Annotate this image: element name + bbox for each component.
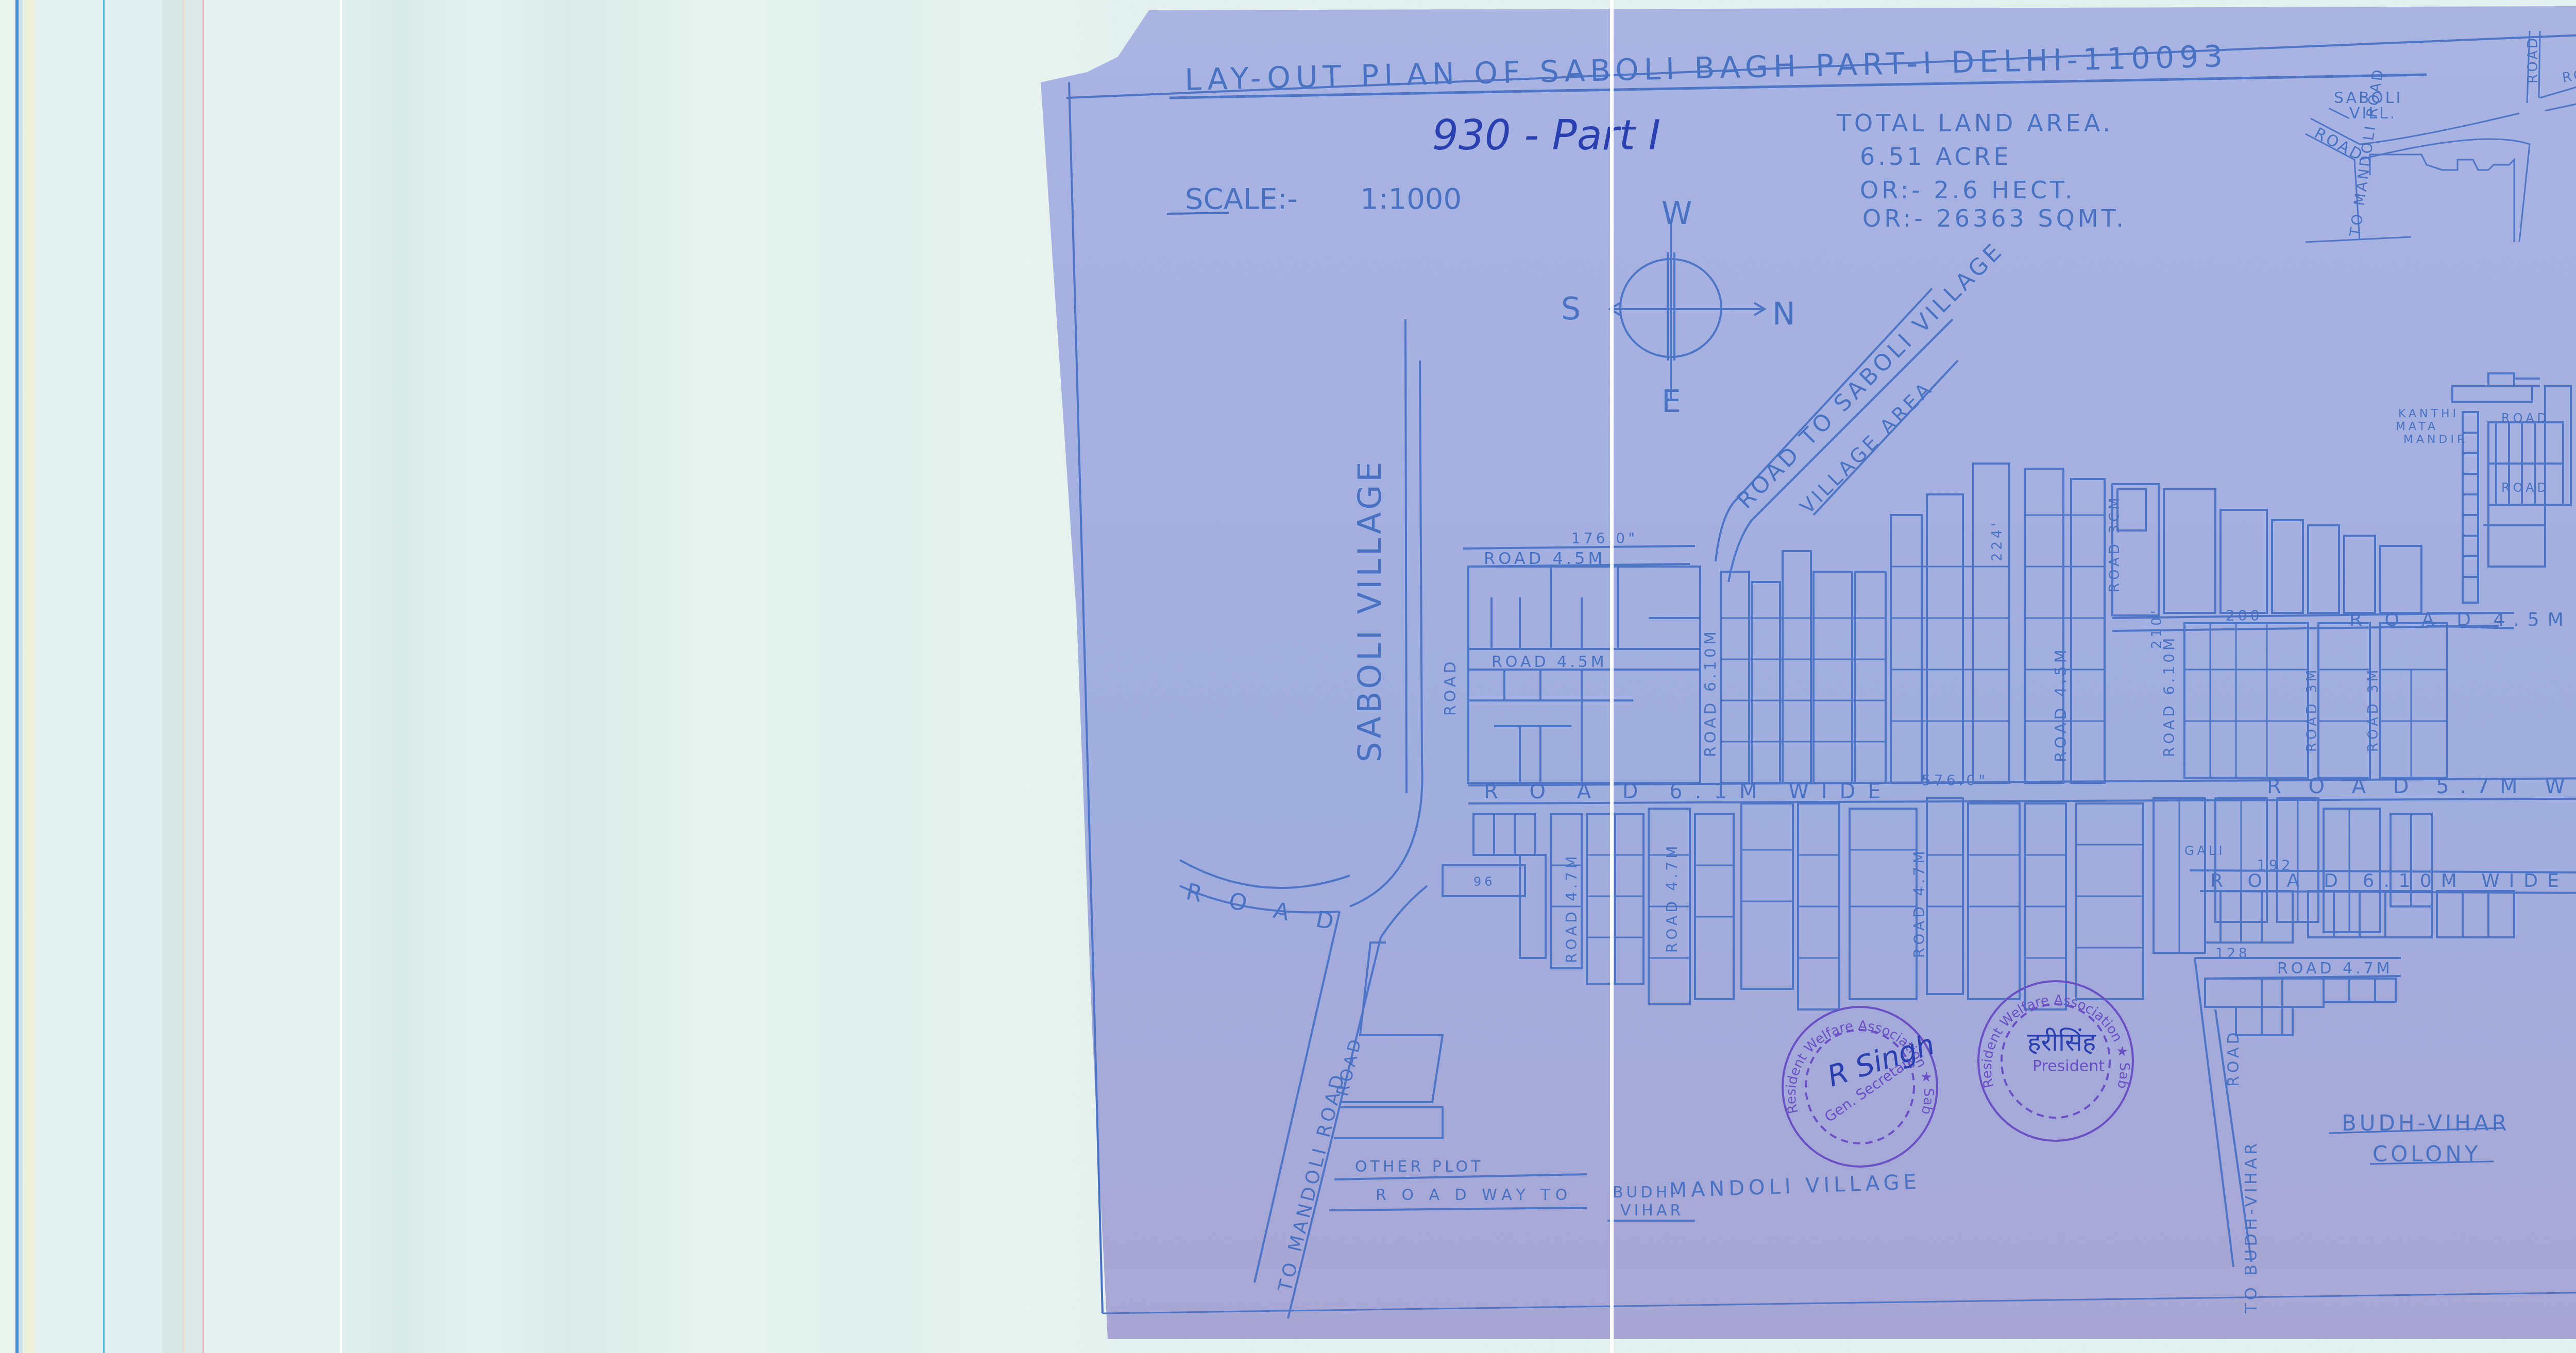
road-45-v: ROAD 4.5M xyxy=(2052,646,2070,762)
road-47-a: ROAD 4.7M xyxy=(1563,853,1580,963)
area-heading: TOTAL LAND AREA. xyxy=(1836,109,2113,137)
president-signature: हरीसिंह xyxy=(2027,1027,2097,1057)
kanthi-label-2: MATA xyxy=(2396,420,2438,433)
road-45-inner: ROAD 4.5M xyxy=(1492,653,1607,671)
road-45-top: ROAD 4.5M xyxy=(1484,549,1605,568)
area-hect: OR:- 2.6 HECT. xyxy=(1860,176,2075,204)
road-3m-b: ROAD 3M xyxy=(2366,667,2381,752)
dim-224: 224' xyxy=(1990,520,2005,561)
other-plot: OTHER PLOT xyxy=(1355,1158,1484,1176)
road-3cm: ROAD 3CM xyxy=(2107,495,2123,592)
compass-e: E xyxy=(1662,384,1681,420)
scale-label: SCALE:- xyxy=(1185,182,1298,216)
scale-value: 1:1000 xyxy=(1360,182,1462,216)
compass-n: N xyxy=(1772,296,1795,332)
road-610-mid: ROAD 6.10M xyxy=(2161,635,2178,757)
scanner-background xyxy=(0,0,1113,1353)
key-road-n: ROAD xyxy=(2526,36,2541,83)
budh-vihar-2: VIHAR xyxy=(1620,1202,1684,1220)
road-3m-a: ROAD 3M xyxy=(2304,667,2320,752)
blueprint-sheet: LAY-OUT PLAN OF SABOLI BAGH PART-I DELHI… xyxy=(1030,0,2576,1353)
road-47-bottom: ROAD 4.7M xyxy=(2277,960,2393,978)
road-bottom-v: ROAD xyxy=(2225,1029,2243,1087)
dim-210: 210' xyxy=(2149,607,2165,649)
road-610-left: ROAD 6.10M xyxy=(1702,628,1720,757)
road-45-right: R O A D 4.5M xyxy=(2349,609,2572,630)
kanthi-label-1: KANTHI xyxy=(2398,407,2459,420)
road-top-right-2: ROAD xyxy=(2501,481,2550,495)
road-main: R O A D 6.1M WIDE xyxy=(1484,780,1893,803)
road-left: ROAD xyxy=(1442,658,1460,716)
dim-192: 192 xyxy=(2257,857,2293,874)
area-acre: 6.51 ACRE xyxy=(1860,143,2012,170)
saboli-village-label: SABOLI VILLAGE xyxy=(1351,459,1388,762)
scan-seam xyxy=(1610,0,1614,1353)
president-role: President xyxy=(2032,1057,2105,1075)
road-top-right-1: ROAD xyxy=(2501,411,2550,425)
handwritten-ref: 930 - Part I xyxy=(1432,111,1660,159)
to-budh-vihar-bottom: TO BUDH-VIHAR xyxy=(2241,1140,2261,1314)
dim-200: 200 xyxy=(2226,607,2262,624)
dim-96: 96 xyxy=(1473,875,1496,889)
road-47-c: ROAD 4.7M xyxy=(1911,848,1928,958)
gali-label: GALI xyxy=(2184,844,2225,858)
dim-176: 176.0" xyxy=(1571,530,1638,547)
road-57: R O A D 5.7M WIDE xyxy=(2267,775,2576,798)
road-way: R O A D WAY TO xyxy=(1376,1186,1572,1204)
compass-s: S xyxy=(1561,291,1581,327)
compass-w: W xyxy=(1662,196,1692,232)
area-sqmt: OR:- 26363 SQMT. xyxy=(1862,204,2127,232)
dim-576: 576.0" xyxy=(1922,772,1988,789)
dim-128: 128 xyxy=(2215,946,2250,962)
kanthi-label-3: MANDIR xyxy=(2403,433,2468,446)
road-47-b: ROAD 4.7M xyxy=(1664,843,1681,953)
